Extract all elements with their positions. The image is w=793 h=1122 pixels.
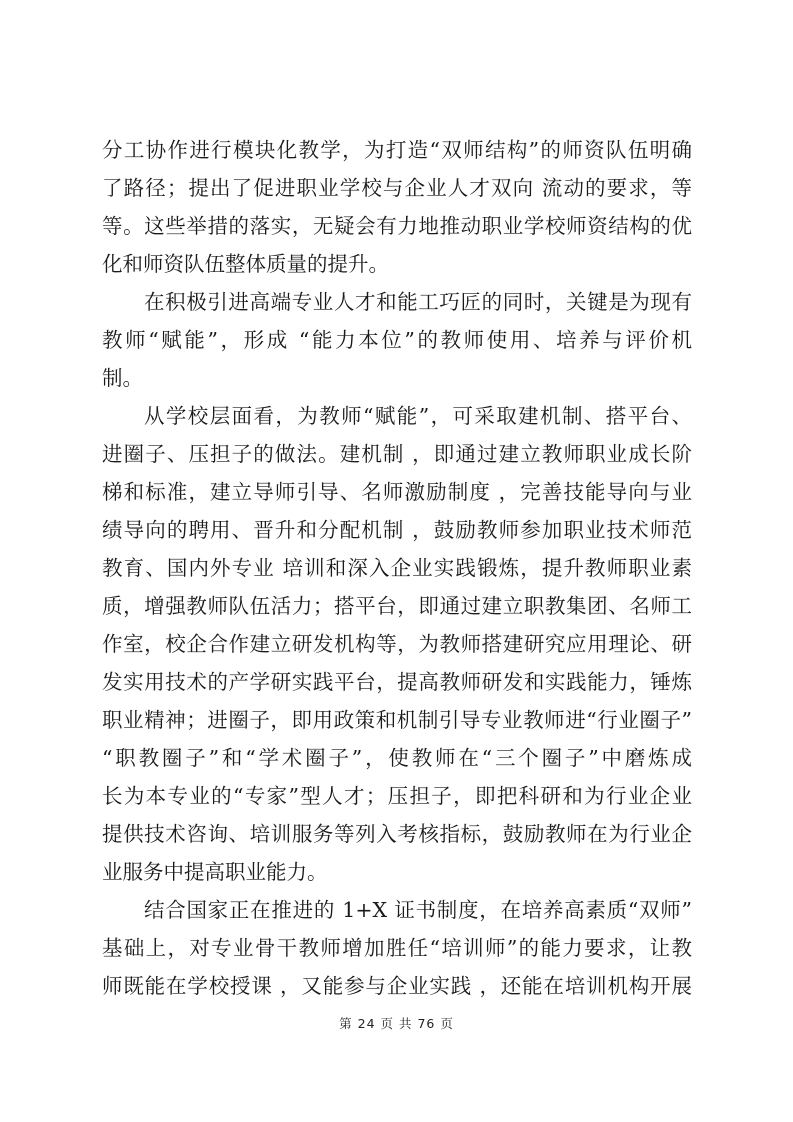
text-line: “职教圈子”和“学术圈子”，使教师在“三个圈子”中磨炼成 — [102, 739, 692, 777]
text-line: 梯和标准，建立导师引导、名师激励制度 ，完善技能导向与业 — [102, 473, 692, 511]
text-line: 从学校层面看，为教师“赋能”，可采取建机制、搭平台、 — [102, 397, 692, 435]
text-line: 提供技术咨询、培训服务等列入考核指标，鼓励教师在为行业企 — [102, 815, 692, 853]
text-line: 业服务中提高职业能力。 — [102, 853, 692, 891]
text-line: 师既能在学校授课 ，又能参与企业实践 ，还能在培训机构开展 — [102, 967, 692, 1005]
text-line: 发实用技术的产学研实践平台，提高教师研发和实践能力，锤炼 — [102, 663, 692, 701]
text-line: 基础上，对专业骨干教师增加胜任“培训师”的能力要求，让教 — [102, 929, 692, 967]
paragraph-2: 在积极引进高端专业人才和能工巧匠的同时，关键是为现有 教师“赋能”，形成 “能力… — [102, 283, 692, 397]
paragraph-4: 结合国家正在推进的 1+X 证书制度，在培养高素质“双师” 基础上，对专业骨干教… — [102, 891, 692, 1005]
paragraph-3: 从学校层面看，为教师“赋能”，可采取建机制、搭平台、 进圈子、压担子的做法。建机… — [102, 397, 692, 891]
text-line: 化和师资队伍整体质量的提升。 — [102, 245, 692, 283]
text-line: 教育、国内外专业 培训和深入企业实践锻炼，提升教师职业素 — [102, 549, 692, 587]
text-line: 结合国家正在推进的 1+X 证书制度，在培养高素质“双师” — [102, 891, 692, 929]
text-line: 职业精神；进圈子，即用政策和机制引导专业教师进“行业圈子” — [102, 701, 692, 739]
document-page: 分工协作进行模块化教学，为打造“双师结构”的师资队伍明确 了路径；提出了促进职业… — [0, 0, 793, 1122]
body-text: 分工协作进行模块化教学，为打造“双师结构”的师资队伍明确 了路径；提出了促进职业… — [102, 131, 692, 1005]
page-number-label: 第 24 页 共 76 页 — [339, 1016, 454, 1031]
text-line: 了路径；提出了促进职业学校与企业人才双向 流动的要求，等 — [102, 169, 692, 207]
text-line: 在积极引进高端专业人才和能工巧匠的同时，关键是为现有 — [102, 283, 692, 321]
text-line: 制。 — [102, 359, 692, 397]
text-line: 长为本专业的“专家”型人才；压担子，即把科研和为行业企业 — [102, 777, 692, 815]
text-line: 质，增强教师队伍活力；搭平台，即通过建立职教集团、名师工 — [102, 587, 692, 625]
page-footer: 第 24 页 共 76 页 — [0, 1014, 793, 1032]
text-line: 进圈子、压担子的做法。建机制 ，即通过建立教师职业成长阶 — [102, 435, 692, 473]
text-line: 作室，校企合作建立研发机构等，为教师搭建研究应用理论、研 — [102, 625, 692, 663]
text-line: 教师“赋能”，形成 “能力本位”的教师使用、培养与评价机 — [102, 321, 692, 359]
text-line: 分工协作进行模块化教学，为打造“双师结构”的师资队伍明确 — [102, 131, 692, 169]
text-line: 等。这些举措的落实，无疑会有力地推动职业学校师资结构的优 — [102, 207, 692, 245]
paragraph-1: 分工协作进行模块化教学，为打造“双师结构”的师资队伍明确 了路径；提出了促进职业… — [102, 131, 692, 283]
text-line: 绩导向的聘用、晋升和分配机制 ，鼓励教师参加职业技术师范 — [102, 511, 692, 549]
